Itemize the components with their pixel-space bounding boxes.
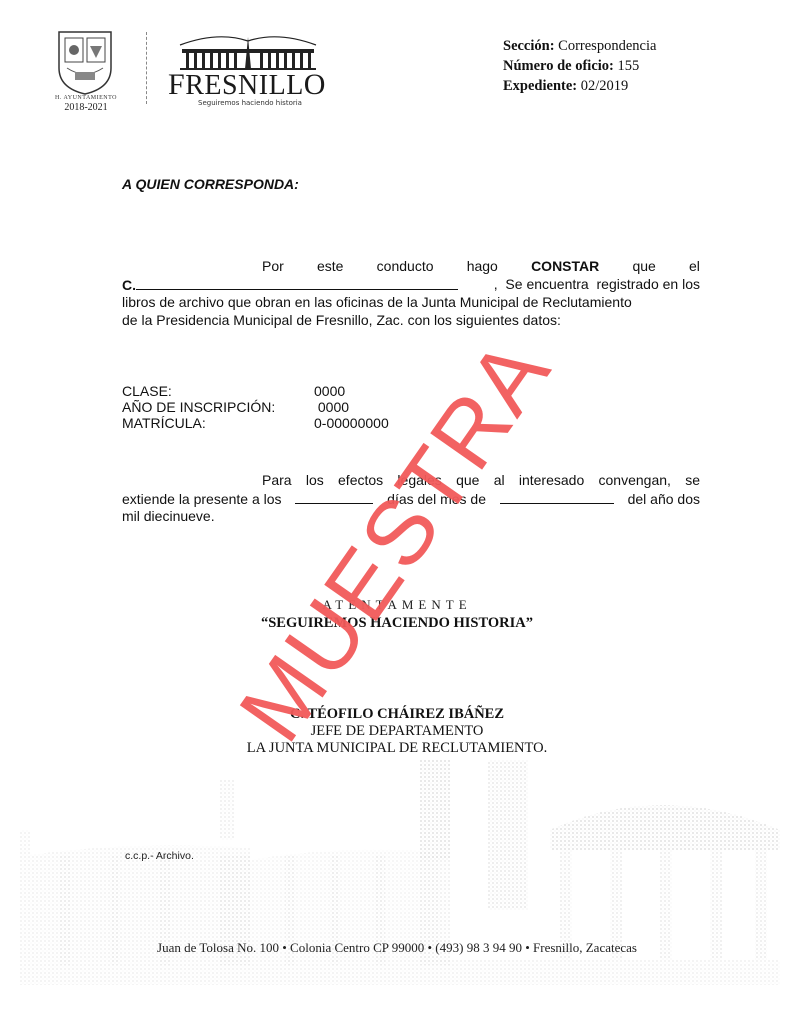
- month-blank[interactable]: [500, 490, 614, 504]
- p1-line2-text: , Se encuentra registrado en los: [494, 276, 700, 295]
- word: que: [632, 258, 655, 276]
- salutation: A QUIEN CORRESPONDA:: [122, 176, 299, 192]
- data-value: 0000: [314, 399, 349, 415]
- logo-tagline: Seguiremos haciendo historia: [198, 99, 302, 107]
- data-value: 0-00000000: [314, 415, 389, 431]
- meta-office-number: Número de oficio: 155: [503, 56, 656, 76]
- data-label: MATRÍCULA:: [122, 415, 314, 431]
- emphasis-constar: CONSTAR: [531, 258, 599, 276]
- word: los: [306, 472, 324, 490]
- p2-text-a: extiende la presente a los: [122, 491, 282, 509]
- shield-caption-text: H. AYUNTAMIENTO: [46, 95, 126, 101]
- p2-text-b: días del mes de: [387, 491, 486, 509]
- closing-slogan: “SEGUIREMOS HACIENDO HISTORIA”: [0, 615, 794, 632]
- word: este: [317, 258, 343, 276]
- signer-role: JEFE DE DEPARTAMENTO: [0, 723, 794, 740]
- logo-letter-f: F: [168, 68, 185, 101]
- meta-section: Sección: Correspondencia: [503, 36, 656, 56]
- word: convengan,: [599, 472, 671, 490]
- municipal-coat-of-arms-icon: [55, 28, 115, 96]
- data-label: AÑO DE INSCRIPCIÓN:: [122, 399, 314, 415]
- data-value: 0000: [314, 383, 345, 399]
- p1-line2: C. , Se encuentra registrado en los: [122, 276, 700, 295]
- name-blank[interactable]: [136, 276, 458, 290]
- data-label: CLASE:: [122, 383, 314, 399]
- fresnillo-skyline-logo-icon: [178, 33, 318, 71]
- logo-letters-middle: RESNILL: [185, 70, 304, 101]
- name-prefix: C.: [122, 277, 136, 293]
- p1-line1: Por este conducto hago CONSTAR que el: [122, 258, 700, 276]
- p2-line2: extiende la presente a los días del mes …: [122, 490, 700, 509]
- data-row-anio-inscripcion: AÑO DE INSCRIPCIÓN: 0000: [122, 399, 389, 415]
- signer-department: LA JUNTA MUNICIPAL DE RECLUTAMIENTO.: [0, 740, 794, 757]
- word: conducto: [377, 258, 434, 276]
- background-skyline-illustration: [20, 760, 780, 1010]
- signer-name: C. TÉOFILO CHÁIREZ IBÁÑEZ: [0, 706, 794, 723]
- document-meta: Sección: Correspondencia Número de ofici…: [503, 36, 656, 96]
- days-blank[interactable]: [295, 490, 373, 504]
- word: legales: [397, 472, 441, 490]
- header-divider: [146, 32, 147, 104]
- footer-address: Juan de Tolosa No. 100 • Colonia Centro …: [0, 940, 794, 956]
- word: efectos: [338, 472, 383, 490]
- closing-atentamente: ATENTAMENTE: [0, 597, 794, 613]
- meta-section-value: Correspondencia: [558, 38, 656, 54]
- logo-letter-o: O: [304, 68, 326, 101]
- p2-text-c: del año dos: [628, 491, 700, 509]
- meta-file: Expediente: 02/2019: [503, 76, 656, 96]
- word: se: [685, 472, 700, 490]
- p2-line3: mil diecinueve.: [122, 508, 700, 526]
- paragraph-certification: Por este conducto hago CONSTAR que el C.…: [122, 258, 700, 329]
- meta-file-label: Expediente:: [503, 78, 577, 94]
- ccp-archive: c.c.p.- Archivo.: [125, 850, 194, 862]
- administration-years: 2018-2021: [46, 103, 126, 113]
- p2-line1: Para los efectos legales que al interesa…: [122, 472, 700, 490]
- word: el: [689, 258, 700, 276]
- word: que: [456, 472, 479, 490]
- p1-line4: de la Presidencia Municipal de Fresnillo…: [122, 312, 700, 330]
- p1-line3: libros de archivo que obran en las ofici…: [122, 294, 700, 312]
- meta-office-value: 155: [618, 58, 640, 74]
- fresnillo-logo-title: FRESNILLO: [168, 70, 326, 100]
- word: hago: [467, 258, 498, 276]
- data-row-clase: CLASE: 0000: [122, 383, 389, 399]
- name-field: C.: [122, 276, 458, 295]
- word: al: [494, 472, 505, 490]
- word: Por: [262, 258, 284, 276]
- meta-file-value: 02/2019: [581, 78, 629, 94]
- registration-data: CLASE: 0000 AÑO DE INSCRIPCIÓN: 0000 MAT…: [122, 383, 389, 431]
- meta-section-label: Sección:: [503, 38, 555, 54]
- paragraph-legal-effects: Para los efectos legales que al interesa…: [122, 472, 700, 526]
- word: interesado: [519, 472, 584, 490]
- data-row-matricula: MATRÍCULA: 0-00000000: [122, 415, 389, 431]
- word: Para: [262, 472, 292, 490]
- shield-caption: H. AYUNTAMIENTO 2018-2021: [46, 95, 126, 113]
- meta-office-label: Número de oficio:: [503, 58, 614, 74]
